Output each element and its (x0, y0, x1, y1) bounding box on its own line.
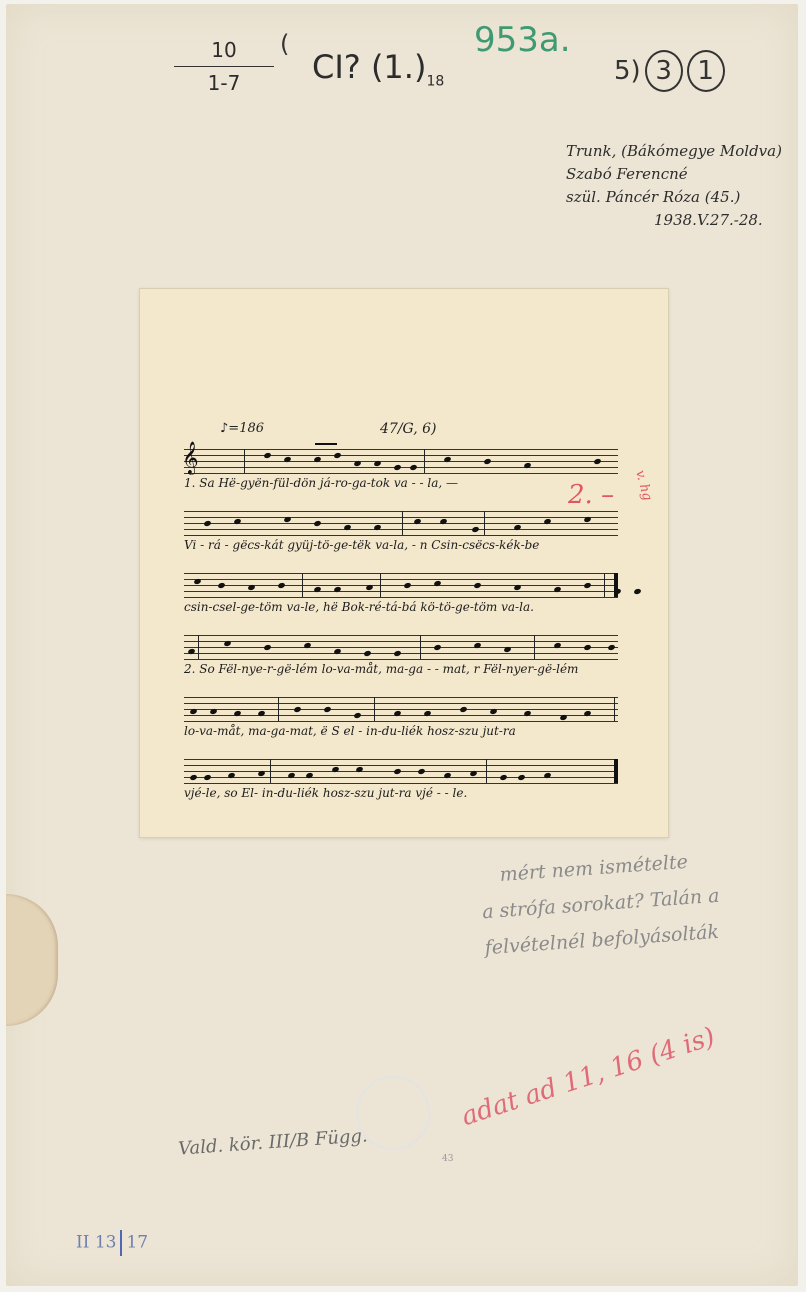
staff: 𝄞 (184, 449, 618, 473)
collection-metadata: Trunk, (Bákómegye Moldva) Szabó Ferencné… (566, 140, 782, 232)
staff (184, 511, 618, 535)
fraction-numerator: 10 (174, 38, 274, 67)
classification-text: CI? (1.) (312, 48, 426, 86)
singer: Szabó Ferencné (566, 163, 782, 186)
tiny-mark: 43 (442, 1154, 453, 1164)
circled-mark-2: 1 (687, 50, 725, 92)
circled-mark-1: 3 (645, 50, 683, 92)
red-margin-mark: 2. – (568, 480, 614, 510)
archive-reference: Vald. kör. III/B Függ. (177, 1125, 368, 1159)
lyrics-line-6: vjé-le, so El- in-du-liék hosz-szu jut-r… (184, 786, 618, 800)
lyrics-line-1: 1. Sa Hë-gyën-fül-dön já-ro-ga-tok va - … (184, 476, 618, 490)
date: 1938.V.27.-28. (566, 209, 782, 232)
maiden-name: szül. Páncér Róza (45.) (566, 186, 782, 209)
staff (184, 759, 618, 783)
staff-system-1: 𝄞 1. Sa Hë-gyën-fül-dön já-ro-ga-tok va … (184, 449, 618, 490)
shelf-mark-left: II 13 (76, 1233, 116, 1253)
staff-system-6: vjé-le, so El- in-du-liék hosz-szu jut-r… (184, 759, 618, 800)
fraction-denominator: 1-7 (174, 67, 274, 95)
shelf-divider (120, 1230, 122, 1256)
lyrics-line-2: Vi - rá - gëcs-kát gyüj-tö-ge-tëk va-la,… (184, 538, 618, 552)
index-marks: 5)31 (614, 50, 725, 92)
classification-sub: 18 (426, 73, 444, 89)
staff-system-4: 2. So Fël-nye-r-gë-lém lo-va-måt, ma-ga … (184, 635, 618, 676)
staff-system-2: Vi - rá - gëcs-kát gyüj-tö-ge-tëk va-la,… (184, 511, 618, 552)
staff (184, 573, 618, 597)
staff (184, 697, 618, 721)
staff-system-3: csin-csel-ge-töm va-le, hë Bok-ré-tá-bá … (184, 573, 618, 614)
classification: CI? (1.)18 (312, 48, 444, 89)
tempo-mark: ♪=186 (220, 421, 264, 436)
lyrics-line-5: lo-va-måt, ma-ga-mat, ë S el - in-du-lié… (184, 724, 618, 738)
index-prefix: 5) (614, 56, 641, 86)
fraction-mark: 10 1-7 (174, 38, 274, 95)
lyrics-line-4: 2. So Fël-nye-r-gë-lém lo-va-måt, ma-ga … (184, 662, 618, 676)
catalog-number: 953a. (474, 20, 571, 60)
music-score-sheet: ♪=186 47/G, 6) 𝄞 1. Sa Hë-gyën-fül-dön j… (140, 289, 668, 837)
open-paren: ( (280, 30, 289, 58)
red-data-note: adat ad 11, 16 (4 is) (458, 1022, 719, 1132)
shelf-mark: II 1317 (76, 1230, 148, 1256)
paper-stain (6, 894, 58, 1026)
archival-sheet: 10 1-7 ( CI? (1.)18 953a. 5)31 Trunk, (B… (6, 4, 798, 1286)
shelf-mark-right: 17 (126, 1233, 148, 1253)
pencil-note: mért nem ismételte a strófa sorokat? Tal… (479, 842, 724, 966)
source-ref: 47/G, 6) (380, 421, 437, 437)
staff-system-5: lo-va-måt, ma-ga-mat, ë S el - in-du-lié… (184, 697, 618, 738)
lyrics-line-3: csin-csel-ge-töm va-le, hë Bok-ré-tá-bá … (184, 600, 618, 614)
treble-clef-icon: 𝄞 (182, 441, 199, 475)
place: Trunk, (Bákómegye Moldva) (566, 140, 782, 163)
staff (184, 635, 618, 659)
